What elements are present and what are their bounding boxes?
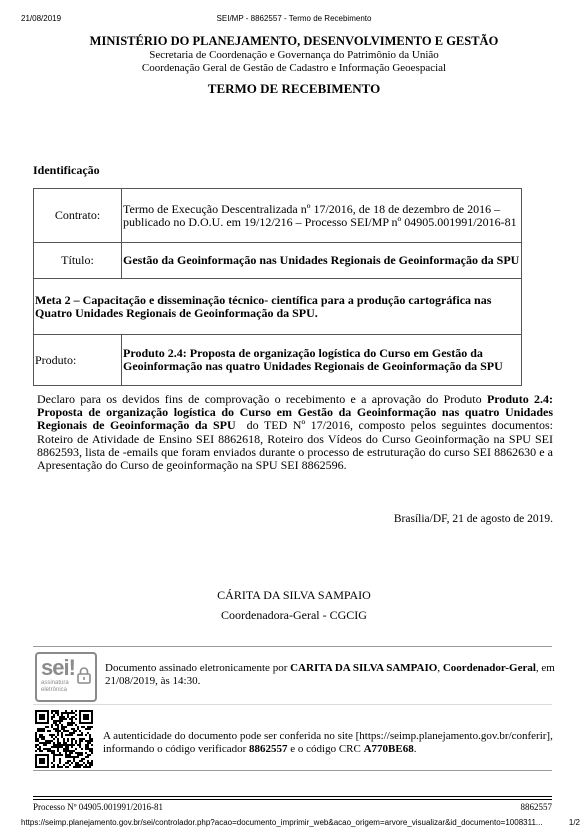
- product-value: Produto 2.4: Proposta de organização log…: [122, 335, 522, 386]
- sei-signature-seal-icon: sei! assinatura eletrônica: [35, 652, 97, 702]
- signer-name: CÁRITA DA SILVA SAMPAIO: [0, 588, 588, 603]
- signature-signer-role: Coordenador-Geral: [443, 662, 536, 674]
- document-header: MINISTÉRIO DO PLANEJAMENTO, DESENVOLVIME…: [0, 34, 588, 97]
- lock-icon: [77, 666, 91, 684]
- table-row-title: Título: Gestão da Geoinformação nas Unid…: [34, 243, 522, 279]
- process-number: Processo Nº 04905.001991/2016-81: [33, 802, 163, 812]
- seal-line-2: eletrônica: [41, 687, 67, 694]
- print-title: SEI/MP - 8862557 - Termo de Recebimento: [0, 14, 588, 23]
- identification-heading: Identificação: [33, 163, 100, 178]
- identification-table: Contrato: Termo de Execução Descentraliz…: [33, 188, 522, 386]
- contract-value: Termo de Execução Descentralizada nº 17/…: [122, 189, 522, 243]
- authenticity-text-after: .: [414, 743, 417, 755]
- seal-line-1: assinatura: [41, 680, 69, 687]
- signature-text-before: Documento assinado eletronicamente por: [105, 662, 290, 674]
- place-date: Brasília/DF, 21 de agosto de 2019.: [394, 513, 553, 525]
- crc-code: A770BE68: [364, 743, 414, 755]
- secretariat-name: Secretaria de Coordenação e Governança d…: [0, 49, 588, 62]
- table-row-contract: Contrato: Termo de Execução Descentraliz…: [34, 189, 522, 243]
- ministry-name: MINISTÉRIO DO PLANEJAMENTO, DESENVOLVIME…: [0, 34, 588, 49]
- table-row-product: Produto: Produto 2.4: Proposta de organi…: [34, 335, 522, 386]
- print-url: https://seimp.planejamento.gov.br/sei/co…: [21, 818, 543, 827]
- print-header: 21/08/2019 SEI/MP - 8862557 - Termo de R…: [0, 14, 588, 26]
- authenticity-block: A autenticidade do documento pode ser co…: [35, 708, 555, 768]
- verifier-code: 8862557: [249, 743, 288, 755]
- divider: [33, 704, 552, 705]
- signer-block: CÁRITA DA SILVA SAMPAIO Coordenadora-Ger…: [0, 588, 588, 623]
- divider: [33, 770, 552, 771]
- coordination-name: Coordenação Geral de Gestão de Cadastro …: [0, 62, 588, 75]
- goal-value: Meta 2 – Capacitação e disseminação técn…: [34, 279, 522, 335]
- document-code: 8862557: [521, 802, 553, 812]
- print-page-number: 1/2: [569, 818, 580, 827]
- footer-double-rule: [33, 796, 552, 800]
- sei-logo: sei!: [41, 656, 75, 680]
- document-title: TERMO DE RECEBIMENTO: [0, 81, 588, 97]
- declaration-paragraph: Declaro para os devidos fins de comprova…: [37, 393, 553, 472]
- qr-code-icon: [35, 710, 93, 768]
- product-label: Produto:: [34, 335, 122, 386]
- declaration-intro: Declaro para os devidos fins de comprova…: [37, 392, 487, 406]
- contract-label: Contrato:: [34, 189, 122, 243]
- divider: [33, 646, 552, 647]
- signer-role: Coordenadora-Geral - CGCIG: [0, 608, 588, 623]
- table-row-goal: Meta 2 – Capacitação e disseminação técn…: [34, 279, 522, 335]
- authenticity-statement: A autenticidade do documento pode ser co…: [103, 730, 558, 756]
- authenticity-text-middle: e o código CRC: [288, 743, 364, 755]
- signature-statement: Documento assinado eletronicamente por C…: [105, 662, 557, 688]
- signature-signer-name: CARITA DA SILVA SAMPAIO: [290, 662, 437, 674]
- title-value: Gestão da Geoinformação nas Unidades Reg…: [122, 243, 522, 279]
- electronic-signature-block: sei! assinatura eletrônica Documento ass…: [35, 652, 555, 702]
- title-label: Título:: [34, 243, 122, 279]
